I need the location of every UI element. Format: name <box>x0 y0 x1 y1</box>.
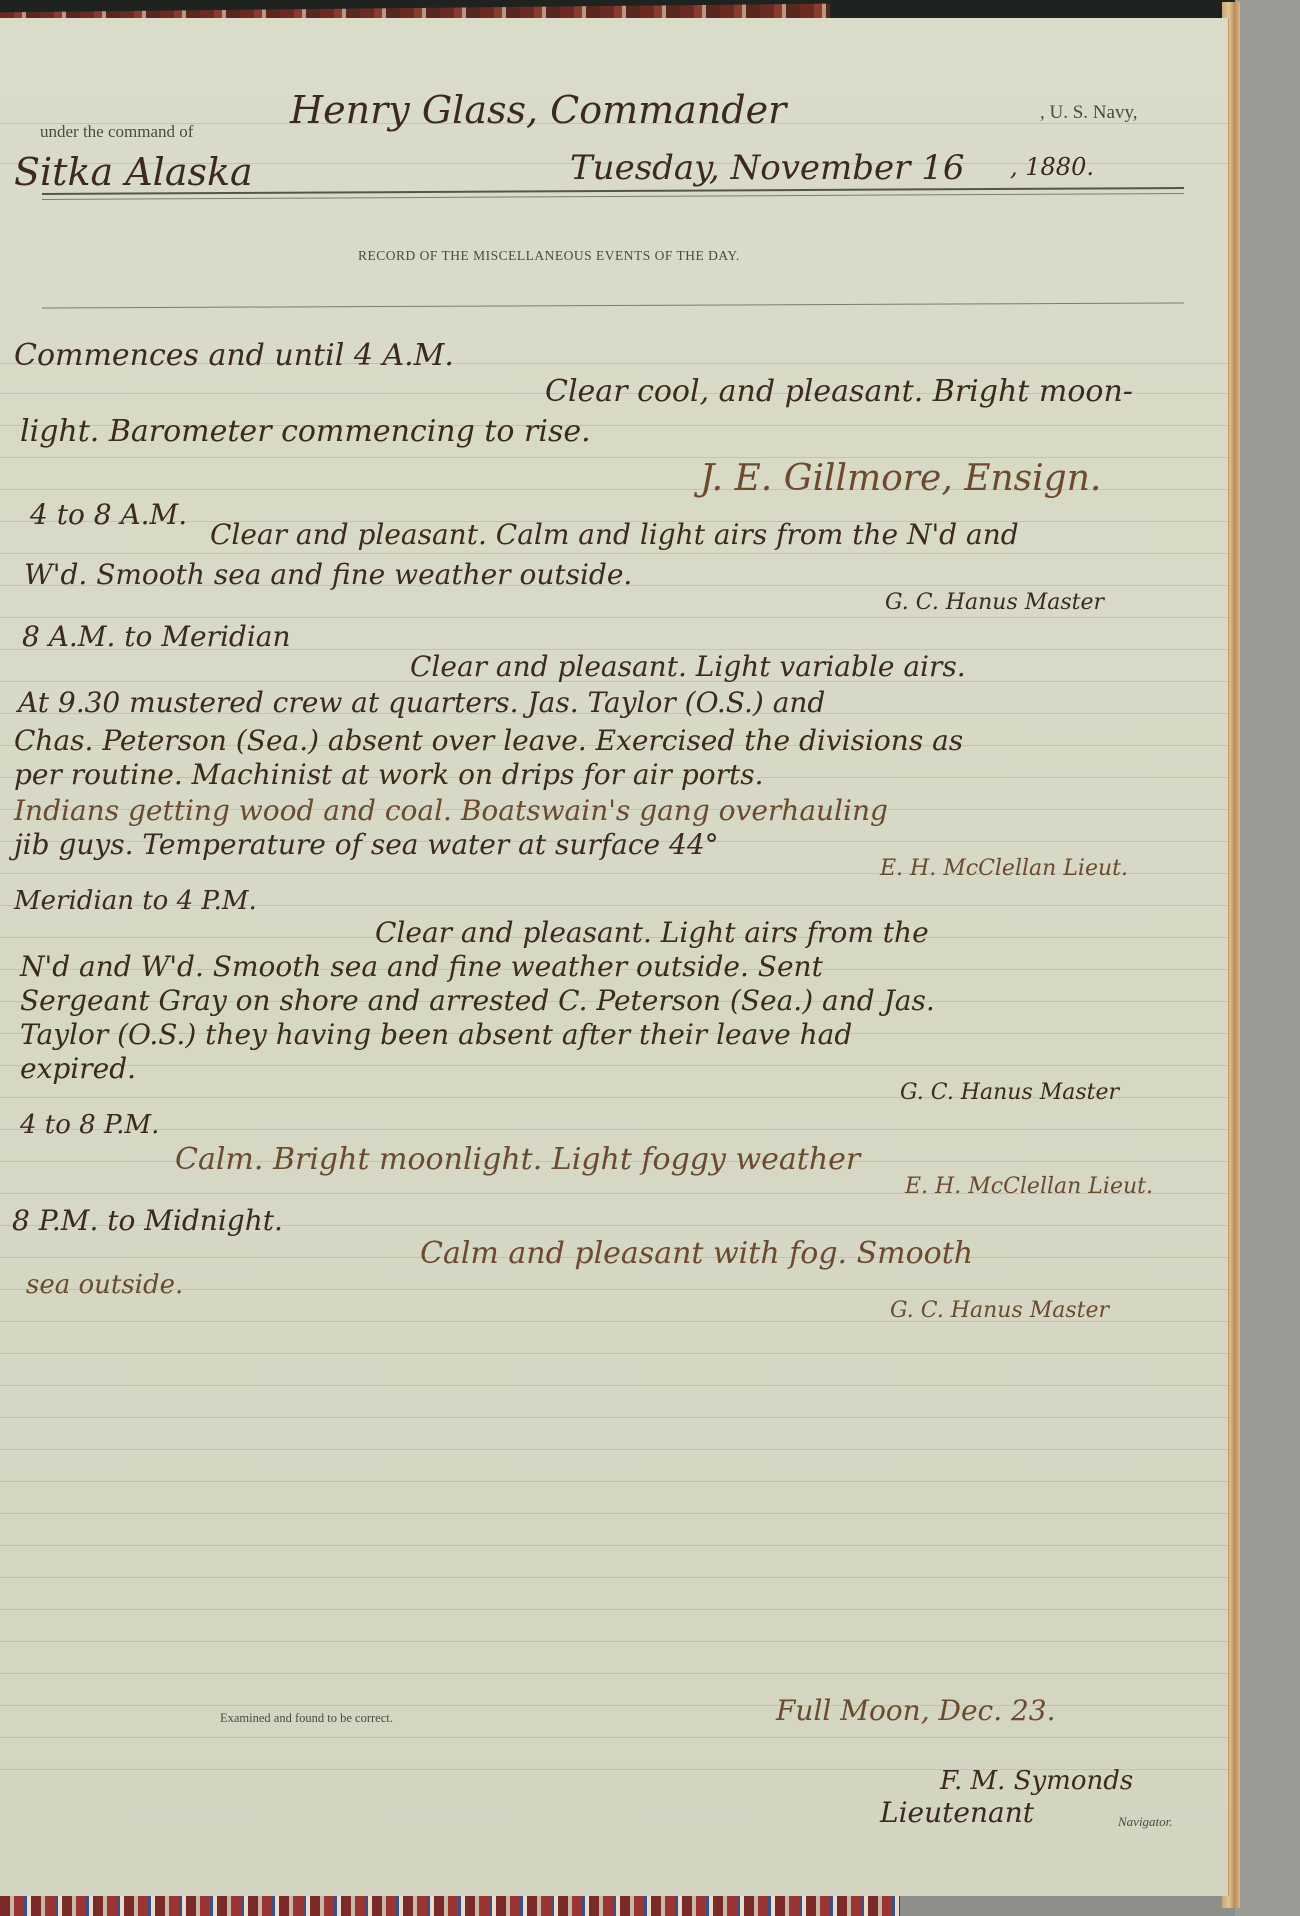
watch-label: 4 to 8 A.M. <box>30 498 187 531</box>
section-rule <box>42 303 1184 309</box>
watch-label: 4 to 8 P.M. <box>20 1110 159 1140</box>
ruled-line <box>0 1065 1228 1066</box>
entry-line: sea outside. <box>26 1270 183 1300</box>
navigator-signature: F. M. Symonds <box>940 1766 1133 1796</box>
ruled-line <box>0 1673 1228 1674</box>
year: , 1880. <box>1010 153 1094 181</box>
signature: J. E. Gillmore, Ensign. <box>700 458 1101 499</box>
ruled-line <box>0 617 1228 618</box>
signature: G. C. Hanus Master <box>890 1298 1109 1323</box>
ruled-line <box>0 1417 1228 1418</box>
watch-label: 8 P.M. to Midnight. <box>12 1204 283 1237</box>
location: Sitka Alaska <box>14 150 253 194</box>
entry-line: expired. <box>20 1052 136 1085</box>
ruled-line <box>0 1385 1228 1386</box>
signature: G. C. Hanus Master <box>900 1080 1119 1105</box>
navy-suffix: , U. S. Navy, <box>1040 102 1137 124</box>
ruled-line <box>0 1737 1228 1738</box>
commander-name: Henry Glass, Commander <box>290 88 786 132</box>
entry-line: jib guys. Temperature of sea water at su… <box>14 828 719 861</box>
ruled-line <box>0 553 1228 554</box>
entry-line: At 9.30 mustered crew at quarters. Jas. … <box>18 686 825 719</box>
entry-line: Clear and pleasant. Calm and light airs … <box>210 518 1019 551</box>
entry-line: Indians getting wood and coal. Boatswain… <box>14 794 888 827</box>
signature: E. H. McClellan Lieut. <box>880 856 1128 881</box>
ruled-line <box>0 1481 1228 1482</box>
watch-label: Meridian to 4 P.M. <box>14 886 257 916</box>
watch-label: 8 A.M. to Meridian <box>22 620 291 653</box>
entry-line: Sergeant Gray on shore and arrested C. P… <box>20 984 935 1017</box>
marbled-cover-bottom <box>0 1896 900 1916</box>
entry-line: Clear and pleasant. Light variable airs. <box>410 650 966 683</box>
ruled-line <box>0 1289 1228 1290</box>
entry-line: light. Barometer commencing to rise. <box>20 414 591 449</box>
section-title: RECORD OF THE MISCELLANEOUS EVENTS OF TH… <box>358 248 740 264</box>
command-prefix: under the command of <box>40 122 193 142</box>
entry-line: N'd and W'd. Smooth sea and fine weather… <box>20 950 823 983</box>
signature: E. H. McClellan Lieut. <box>905 1174 1153 1199</box>
ruled-line <box>0 1513 1228 1514</box>
ruled-line <box>0 1577 1228 1578</box>
examined-text: Examined and found to be correct. <box>220 1711 393 1726</box>
entry-line: per routine. Machinist at work on drips … <box>14 758 764 791</box>
entry-line: Taylor (O.S.) they having been absent af… <box>20 1018 852 1051</box>
entry-line: Chas. Peterson (Sea.) absent over leave.… <box>14 724 963 757</box>
ruled-line <box>0 1641 1228 1642</box>
ruled-line <box>0 1129 1228 1130</box>
watch-label: Commences and until 4 A.M. <box>14 338 454 373</box>
entry-line: W'd. Smooth sea and fine weather outside… <box>24 558 632 591</box>
ruled-line <box>0 1449 1228 1450</box>
entry-line: Clear and pleasant. Light airs from the <box>375 916 929 949</box>
entry-line: Calm. Bright moonlight. Light foggy weat… <box>175 1142 860 1177</box>
signature: G. C. Hanus Master <box>885 590 1104 615</box>
ruled-line <box>0 1353 1228 1354</box>
entry-line: Calm and pleasant with fog. Smooth <box>420 1236 973 1271</box>
date: Tuesday, November 16 <box>570 148 965 188</box>
entry-line: Clear cool, and pleasant. Bright moon- <box>545 374 1133 409</box>
full-moon-note: Full Moon, Dec. 23. <box>776 1694 1056 1727</box>
navigator-rank: Lieutenant <box>880 1796 1034 1829</box>
background-table <box>1235 0 1300 1916</box>
logbook-page: under the command of Henry Glass, Comman… <box>0 18 1229 1896</box>
ruled-line <box>0 1545 1228 1546</box>
navigator-label: Navigator. <box>1118 1814 1173 1830</box>
ruled-line <box>0 1609 1228 1610</box>
